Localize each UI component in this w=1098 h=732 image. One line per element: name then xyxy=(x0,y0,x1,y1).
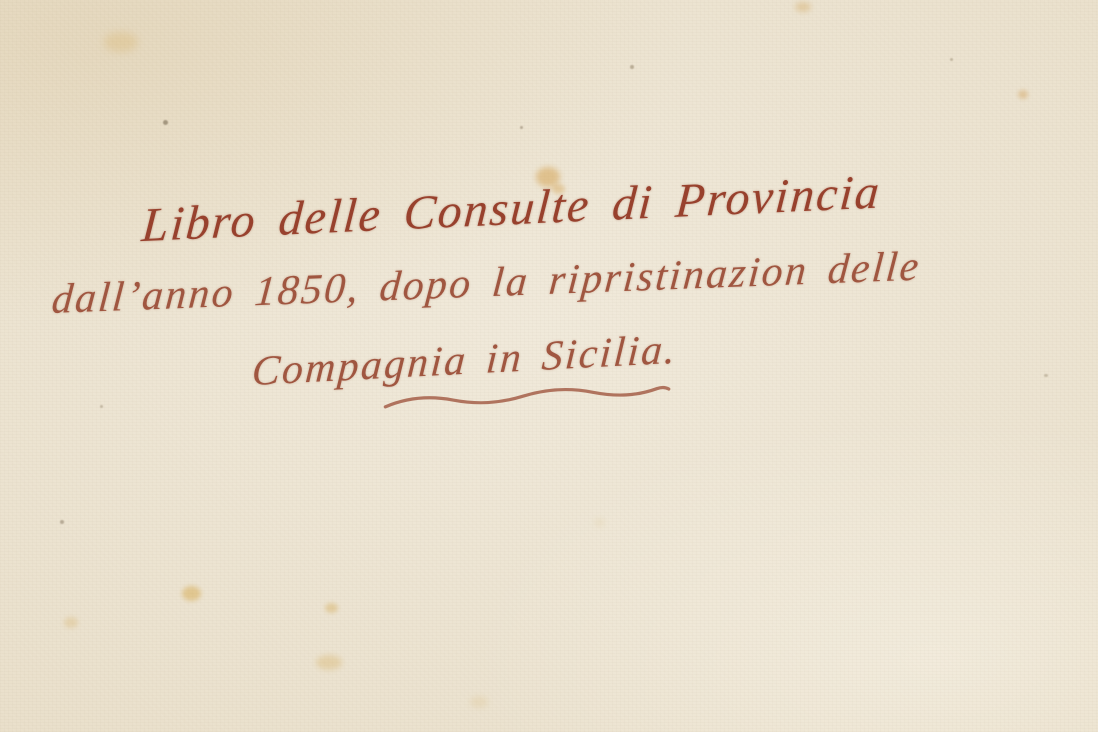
speck xyxy=(1044,374,1048,377)
speck xyxy=(100,405,103,408)
speck xyxy=(520,126,523,129)
foxing-spot xyxy=(795,2,811,12)
foxing-spot xyxy=(316,655,342,670)
foxing-spot xyxy=(325,603,338,613)
handwritten-line-1: Libro delle Consulte di Provincia xyxy=(140,164,883,253)
speck xyxy=(163,120,168,125)
manuscript-page: Libro delle Consulte di Provincia dall’a… xyxy=(0,0,1098,732)
foxing-spot xyxy=(182,586,201,601)
foxing-spot xyxy=(470,696,488,708)
foxing-spot xyxy=(64,617,78,628)
handwritten-line-2: dall’anno 1850, dopo la ripristinazion d… xyxy=(50,243,923,325)
speck xyxy=(60,520,64,524)
speck xyxy=(950,58,953,61)
foxing-spot xyxy=(1018,90,1028,99)
foxing-spot xyxy=(594,518,605,527)
speck xyxy=(630,65,634,69)
foxing-spot xyxy=(104,32,138,52)
